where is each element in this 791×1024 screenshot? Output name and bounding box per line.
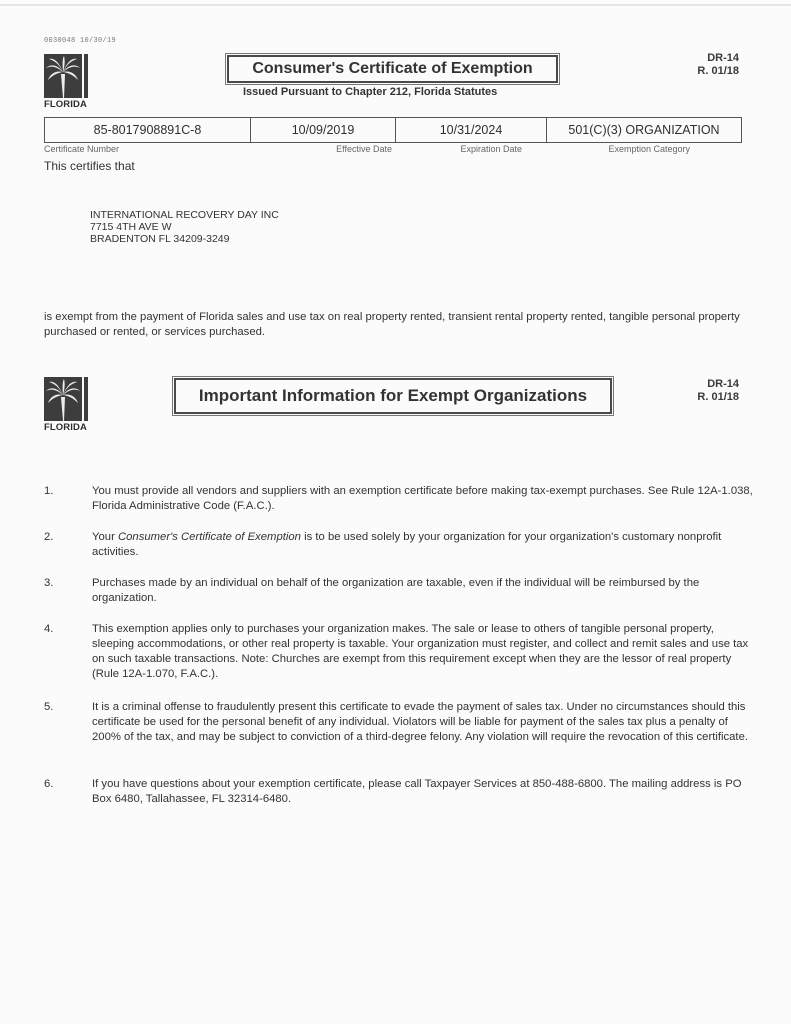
info-title-box: Important Information for Exempt Organiz… [174, 378, 612, 414]
list-item-number: 2. [44, 530, 92, 560]
form-number: DR-14 [697, 378, 739, 391]
certificate-fields: 85-8017908891C-8 10/09/2019 10/31/2024 5… [44, 117, 742, 143]
list-item-number: 4. [44, 622, 92, 682]
list-item: 4. This exemption applies only to purcha… [44, 622, 759, 682]
exempt-statement: is exempt from the payment of Florida sa… [44, 310, 754, 340]
list-item-text: Your Consumer's Certificate of Exemption… [92, 530, 759, 560]
effective-date-label: Effective Date [132, 144, 392, 154]
exemption-category-value: 501(C)(3) ORGANIZATION [547, 118, 741, 142]
holder-name: INTERNATIONAL RECOVERY DAY INC [90, 209, 279, 221]
info-title: Important Information for Exempt Organiz… [176, 380, 610, 412]
certificate-title: Consumer's Certificate of Exemption [229, 57, 556, 81]
text-segment: Your [92, 531, 118, 543]
palm-tree-icon [44, 377, 82, 421]
certificate-field-labels: Certificate Number Effective Date Expira… [44, 144, 740, 154]
certificate-subtitle: Issued Pursuant to Chapter 212, Florida … [243, 86, 497, 98]
list-item-text: Purchases made by an individual on behal… [92, 576, 759, 606]
form-revision: R. 01/18 [697, 65, 739, 78]
list-item: 2. Your Consumer's Certificate of Exempt… [44, 530, 759, 560]
list-item-number: 6. [44, 777, 92, 807]
list-item: 6. If you have questions about your exem… [44, 777, 759, 807]
expiration-date-value: 10/31/2024 [396, 118, 547, 142]
certificate-number-value: 85-8017908891C-8 [45, 118, 251, 142]
form-revision: R. 01/18 [697, 391, 739, 404]
holder-street: 7715 4TH AVE W [90, 221, 279, 233]
list-item-text: This exemption applies only to purchases… [92, 622, 759, 682]
logo-word: FLORIDA [44, 422, 88, 433]
print-stamp: 0030048 10/30/19 [44, 37, 116, 45]
list-item-text: If you have questions about your exempti… [92, 777, 759, 807]
logo-word: FLORIDA [44, 99, 88, 110]
expiration-date-label: Expiration Date [392, 144, 522, 154]
logo-stripe [84, 377, 88, 421]
holder-address: INTERNATIONAL RECOVERY DAY INC 7715 4TH … [90, 209, 279, 245]
list-item-number: 1. [44, 484, 92, 514]
certificate-number-label: Certificate Number [44, 144, 132, 154]
form-number: DR-14 [697, 52, 739, 65]
florida-logo-2: FLORIDA [44, 377, 88, 433]
logo-stripe [84, 54, 88, 98]
certificate-name-italic: Consumer's Certificate of Exemption [118, 531, 301, 543]
list-item-text: It is a criminal offense to fraudulently… [92, 700, 759, 745]
list-item: 1. You must provide all vendors and supp… [44, 484, 759, 514]
list-item-text: You must provide all vendors and supplie… [92, 484, 759, 514]
exemption-category-label: Exemption Category [522, 144, 690, 154]
holder-city-state-zip: BRADENTON FL 34209-3249 [90, 233, 279, 245]
certifies-text: This certifies that [44, 159, 135, 173]
form-number-block-2: DR-14 R. 01/18 [697, 378, 739, 404]
form-number-block: DR-14 R. 01/18 [697, 52, 739, 78]
list-item-number: 3. [44, 576, 92, 606]
effective-date-value: 10/09/2019 [251, 118, 396, 142]
florida-logo: FLORIDA [44, 54, 88, 110]
certificate-title-box: Consumer's Certificate of Exemption [227, 55, 558, 83]
palm-tree-icon [44, 54, 82, 98]
list-item: 5. It is a criminal offense to fraudulen… [44, 700, 759, 745]
list-item: 3. Purchases made by an individual on be… [44, 576, 759, 606]
scan-edge-line [0, 4, 791, 6]
list-item-number: 5. [44, 700, 92, 745]
